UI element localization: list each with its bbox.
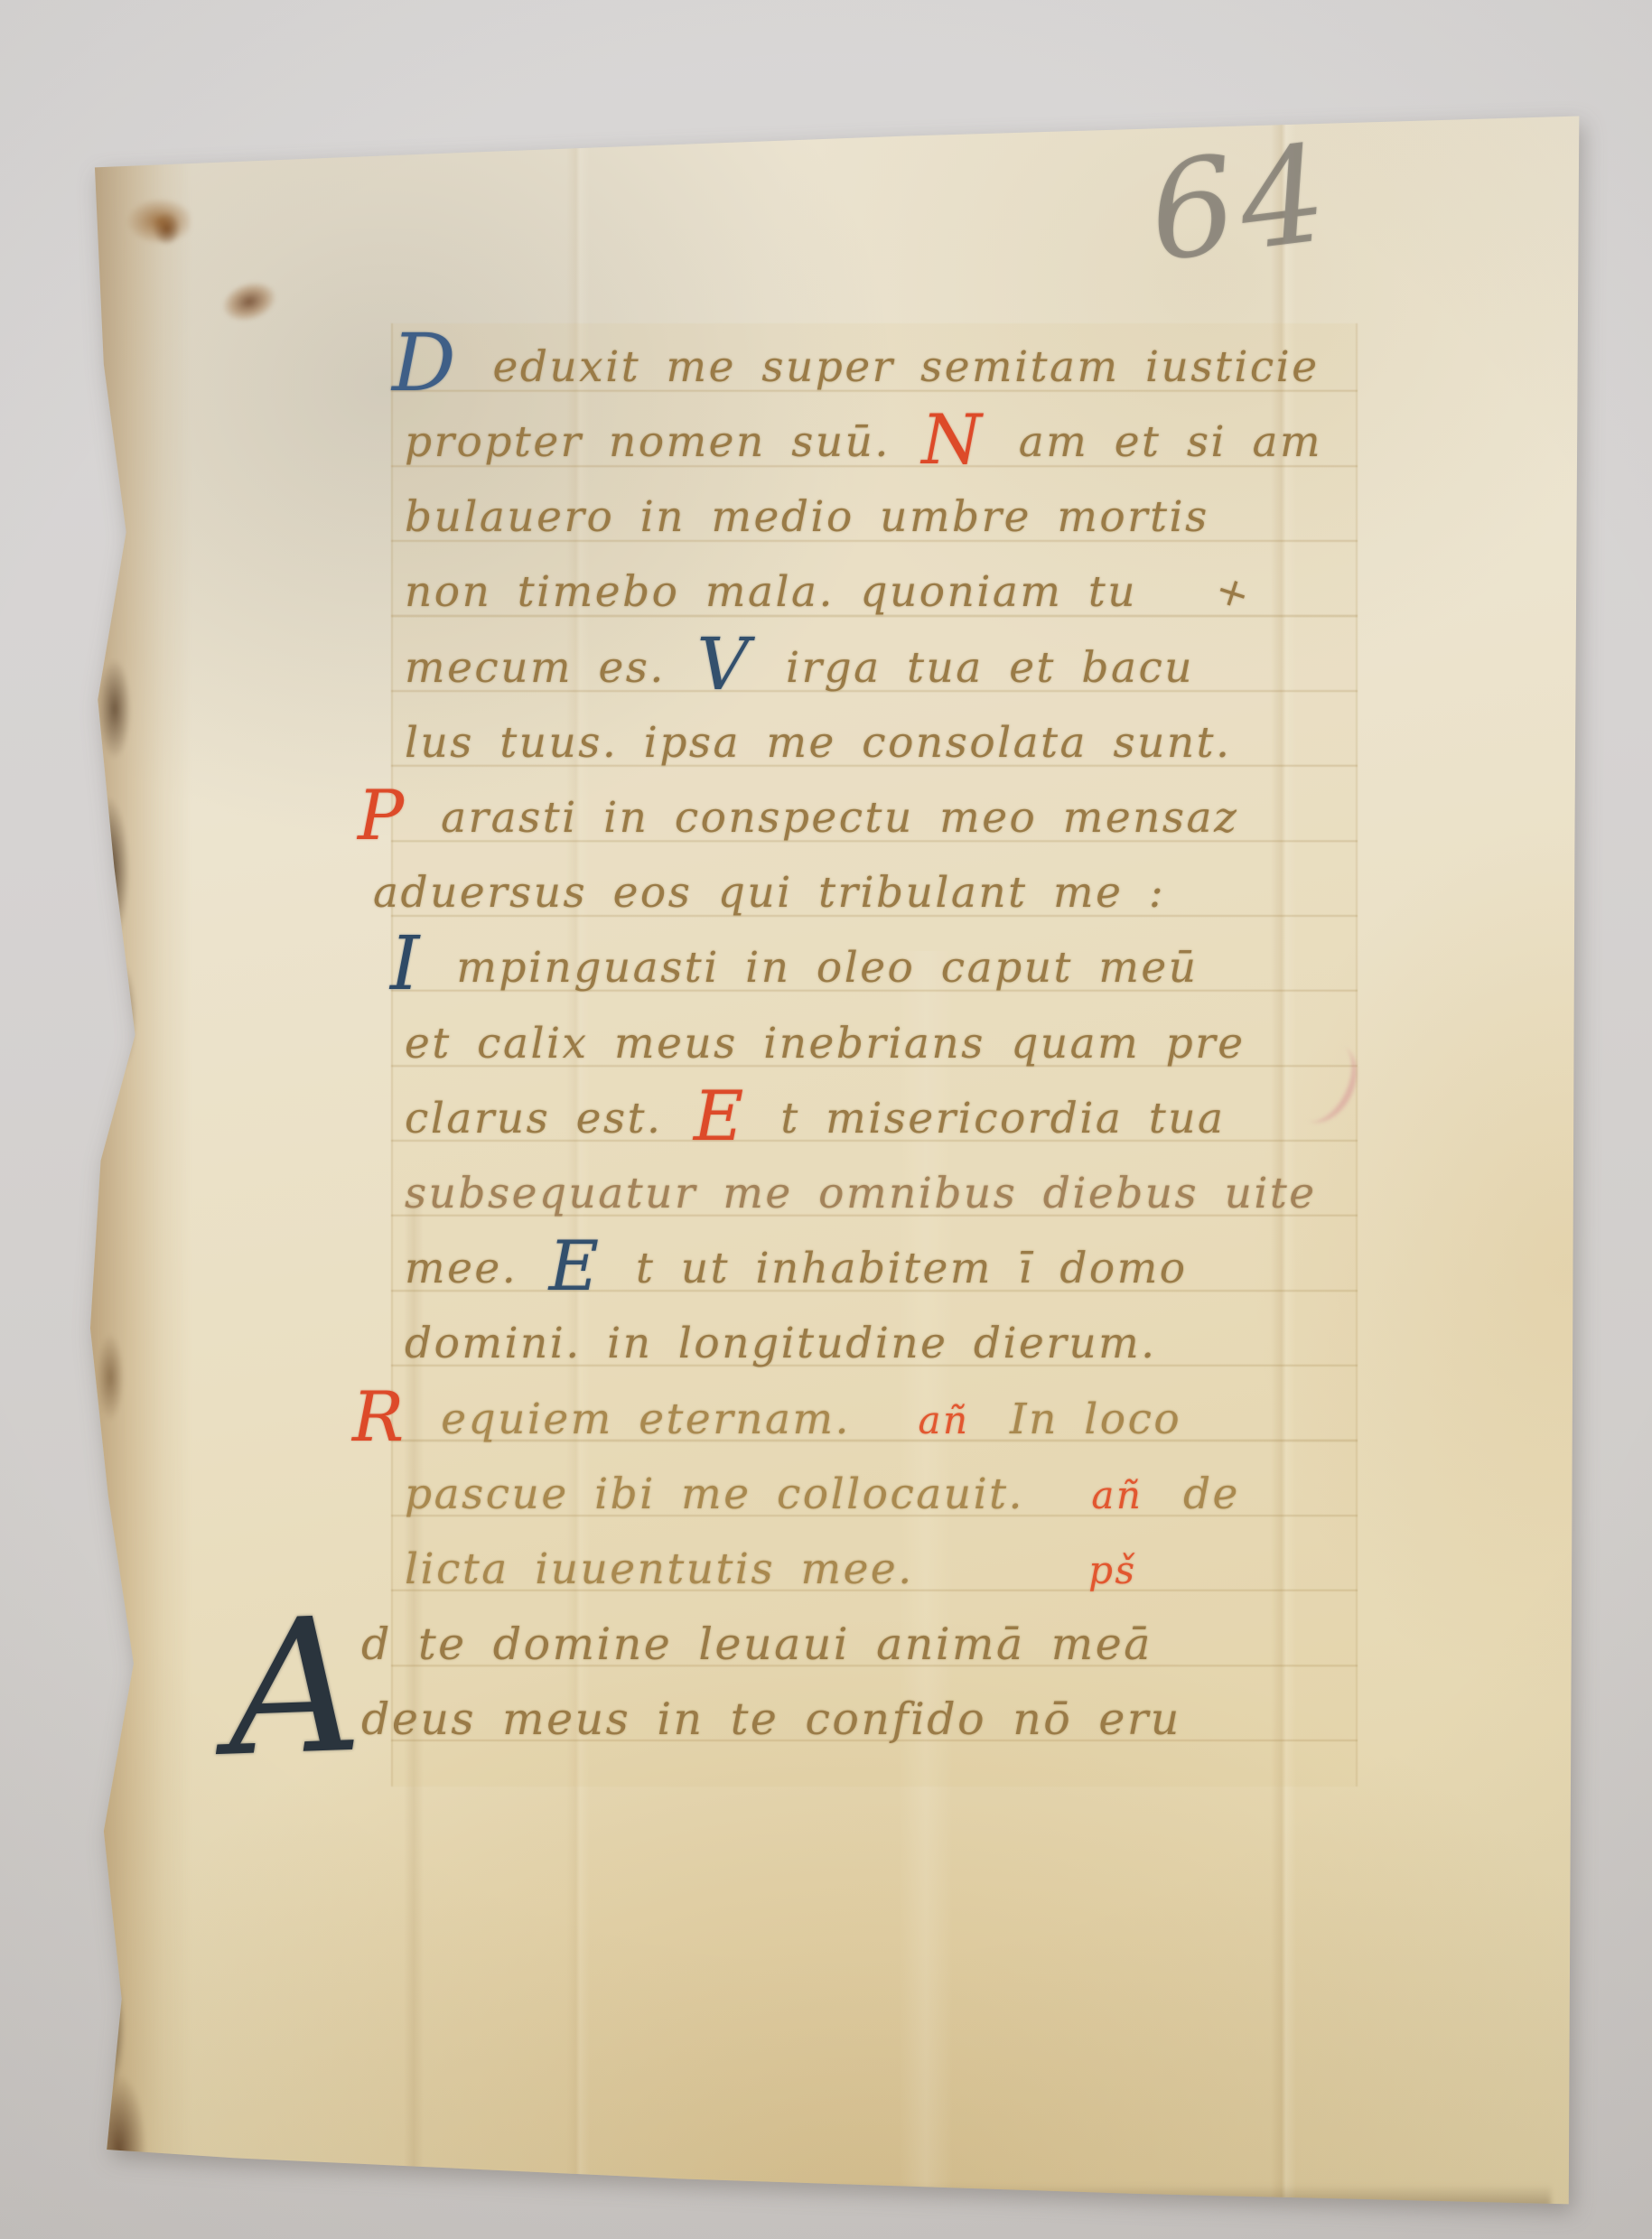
manuscript-line-2: propter nomen suū. N am et si am	[405, 415, 1322, 470]
cross-glyph: +	[1208, 562, 1258, 624]
manuscript-line-13: mee. E t ut inhabitem ī domo	[405, 1242, 1188, 1296]
script-text: licta iuuentutis mee.	[405, 1544, 914, 1594]
manuscript-line-14: domini. in longitudine dierum.	[405, 1317, 1157, 1371]
script-text: equiem eternam.	[441, 1395, 851, 1444]
pencil-folio-number: 64	[1141, 115, 1339, 291]
script-text: propter nomen suū.	[405, 417, 891, 467]
script-text: am et si am	[1019, 417, 1322, 467]
script-text: de	[1183, 1469, 1240, 1519]
script-text: aduersus eos qui tribulant me :	[373, 868, 1165, 918]
manuscript-leaf: D eduxit me super semitam iusticie propt…	[86, 113, 1581, 2208]
manuscript-leaf-wrap: D eduxit me super semitam iusticie propt…	[86, 113, 1581, 2208]
script-text: mee.	[405, 1244, 518, 1293]
script-text: lus tuus. ipsa me consolata sunt.	[405, 718, 1232, 768]
manuscript-line-7: P arasti in conspectu meo mensaz	[405, 791, 1238, 845]
manuscript-line-19: deus meus in te confido nō eru	[361, 1693, 1181, 1747]
script-text: d te domine leuaui animā meā	[361, 1619, 1153, 1670]
script-text: clarus est.	[405, 1094, 662, 1143]
initial-dark-glyph: A	[224, 1593, 367, 1783]
script-text: subsequatur me omnibus diebus uite	[405, 1169, 1317, 1218]
script-text: t ut inhabitem ī domo	[636, 1244, 1188, 1293]
script-text: t misericordia tua	[780, 1094, 1225, 1143]
script-text: In loco	[1010, 1395, 1181, 1444]
manuscript-line-5: mecum es. V irga tua et bacu	[405, 641, 1194, 695]
manuscript-line-10: et calix meus inebrians quam pre	[405, 1017, 1246, 1071]
script-text: bulauero in medio umbre mortis	[405, 492, 1209, 542]
script-text: mpinguasti in oleo caput meū	[456, 943, 1198, 993]
manuscript-line-16: pascue ibi me collocauit. añ de	[405, 1468, 1240, 1523]
script-text: et calix meus inebrians quam pre	[405, 1019, 1246, 1068]
manuscript-line-11: clarus est. E t misericordia tua	[405, 1092, 1226, 1146]
manuscript-line-6: lus tuus. ipsa me consolata sunt.	[405, 716, 1232, 770]
script-text: non timebo mala. quoniam tu	[405, 567, 1137, 617]
script-text: pascue ibi me collocauit.	[405, 1469, 1024, 1519]
manuscript-line-12: subsequatur me omnibus diebus uite	[405, 1167, 1317, 1221]
rubric-far-glyph: pš	[1088, 1548, 1136, 1592]
script-text: arasti in conspectu meo mensaz	[441, 793, 1238, 843]
manuscript-line-4: non timebo mala. quoniam tu +	[405, 565, 1251, 620]
script-text: domini. in longitudine dierum.	[405, 1319, 1157, 1368]
manuscript-line-17: licta iuuentutis mee. pš	[405, 1543, 1137, 1598]
manuscript-line-15: R equiem eternam. añ In loco	[405, 1393, 1181, 1448]
manuscript-line-3: bulauero in medio umbre mortis	[405, 490, 1209, 545]
script-text: deus meus in te confido nō eru	[361, 1693, 1181, 1745]
rubric-glyph: añ	[1091, 1473, 1143, 1517]
manuscript-line-1: D eduxit me super semitam iusticie	[405, 341, 1320, 395]
manuscript-line-18: A d te domine leuaui animā meā	[361, 1618, 1153, 1672]
rubric-glyph: añ	[918, 1398, 969, 1442]
manuscript-text-block: D eduxit me super semitam iusticie propt…	[86, 113, 1581, 2208]
script-text: irga tua et bacu	[786, 643, 1194, 693]
manuscript-line-8: aduersus eos qui tribulant me :	[373, 866, 1165, 920]
manuscript-line-9: I mpinguasti in oleo caput meū	[405, 941, 1198, 995]
bottom-edge-shade	[205, 2185, 1551, 2208]
script-text: mecum es.	[405, 643, 666, 693]
photo-backdrop: D eduxit me super semitam iusticie propt…	[0, 0, 1652, 2239]
script-text: eduxit me super semitam iusticie	[493, 342, 1320, 392]
